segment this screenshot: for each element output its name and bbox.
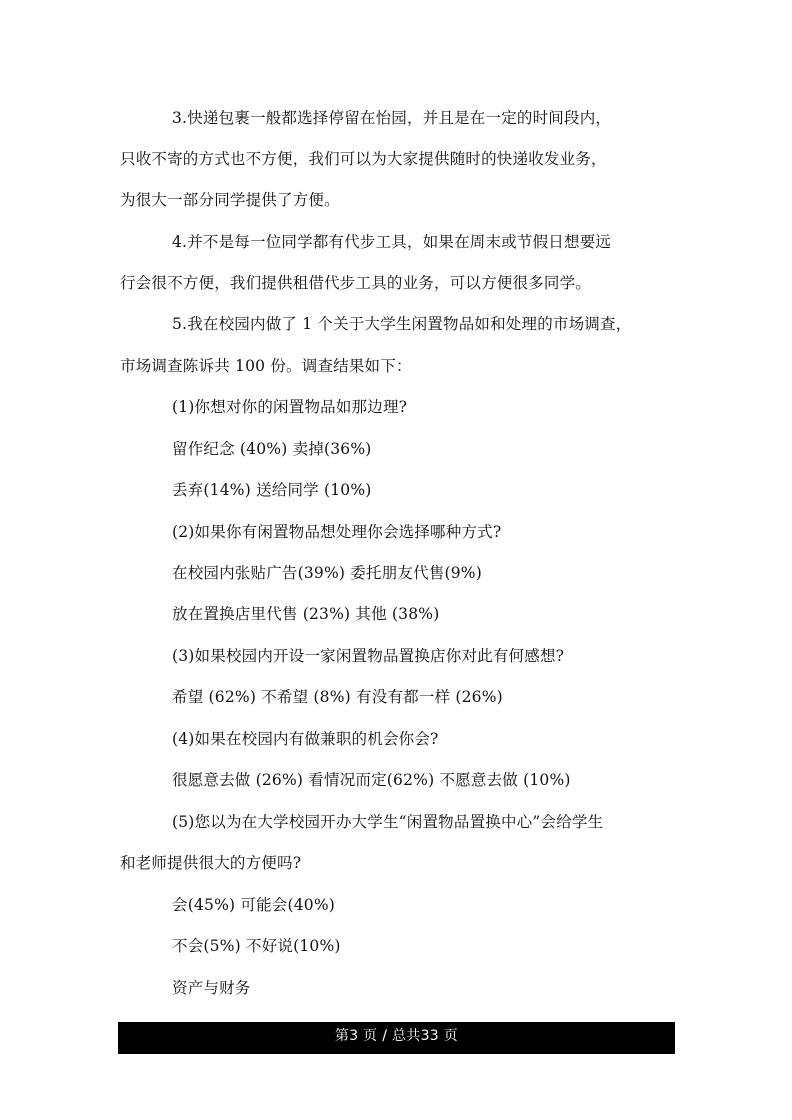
survey-question-1: (1)你想对你的闲置物品如那边理?: [172, 397, 732, 417]
survey-answers-5b: 不会(5%) 不好说(10%): [172, 936, 732, 956]
survey-answers-5a: 会(45%) 可能会(40%): [172, 895, 732, 915]
survey-answers-2a: 在校园内张贴广告(39%) 委托朋友代售(9%): [172, 563, 732, 583]
document-page: 3.快递包裹一般都选择停留在怡园，并且是在一定的时间段内， 只收不寄的方式也不方…: [0, 0, 792, 1120]
page-number-label: 第3 页 / 总共33 页: [335, 1025, 458, 1045]
survey-question-5-line-1: (5)您以为在大学校园开办大学生“闲置物品置换中心”会给学生: [172, 812, 732, 832]
paragraph-4-line-1: 4.并不是每一位同学都有代步工具，如果在周末或节假日想要远: [172, 232, 732, 252]
page-footer-bar: 第3 页 / 总共33 页: [118, 1022, 675, 1054]
paragraph-3-line-1: 3.快递包裹一般都选择停留在怡园，并且是在一定的时间段内，: [172, 108, 732, 128]
survey-question-4: (4)如果在校园内有做兼职的机会你会?: [172, 729, 732, 749]
survey-question-5-line-2: 和老师提供很大的方便吗?: [120, 853, 680, 873]
section-heading-assets-finance: 资产与财务: [172, 978, 732, 998]
survey-answers-4: 很愿意去做 (26%) 看情况而定(62%) 不愿意去做 (10%): [172, 770, 732, 790]
paragraph-3-line-2: 只收不寄的方式也不方便，我们可以为大家提供随时的快递收发业务，: [120, 149, 680, 169]
survey-question-2: (2)如果你有闲置物品想处理你会选择哪种方式?: [172, 522, 732, 542]
survey-answers-1a: 留作纪念 (40%) 卖掉(36%): [172, 439, 732, 459]
survey-answers-1b: 丢弃(14%) 送给同学 (10%): [172, 480, 732, 500]
paragraph-5-line-2: 市场调查陈诉共 100 份。调查结果如下：: [120, 356, 680, 376]
survey-answers-2b: 放在置换店里代售 (23%) 其他 (38%): [172, 604, 732, 624]
paragraph-4-line-2: 行会很不方便，我们提供租借代步工具的业务，可以方便很多同学。: [120, 273, 680, 293]
paragraph-5-line-1: 5.我在校园内做了 1 个关于大学生闲置物品如和处理的市场调查，: [172, 314, 732, 334]
survey-question-3: (3)如果校园内开设一家闲置物品置换店你对此有何感想?: [172, 646, 732, 666]
survey-answers-3: 希望 (62%) 不希望 (8%) 有没有都一样 (26%): [172, 687, 732, 707]
paragraph-3-line-3: 为很大一部分同学提供了方便。: [120, 190, 680, 210]
